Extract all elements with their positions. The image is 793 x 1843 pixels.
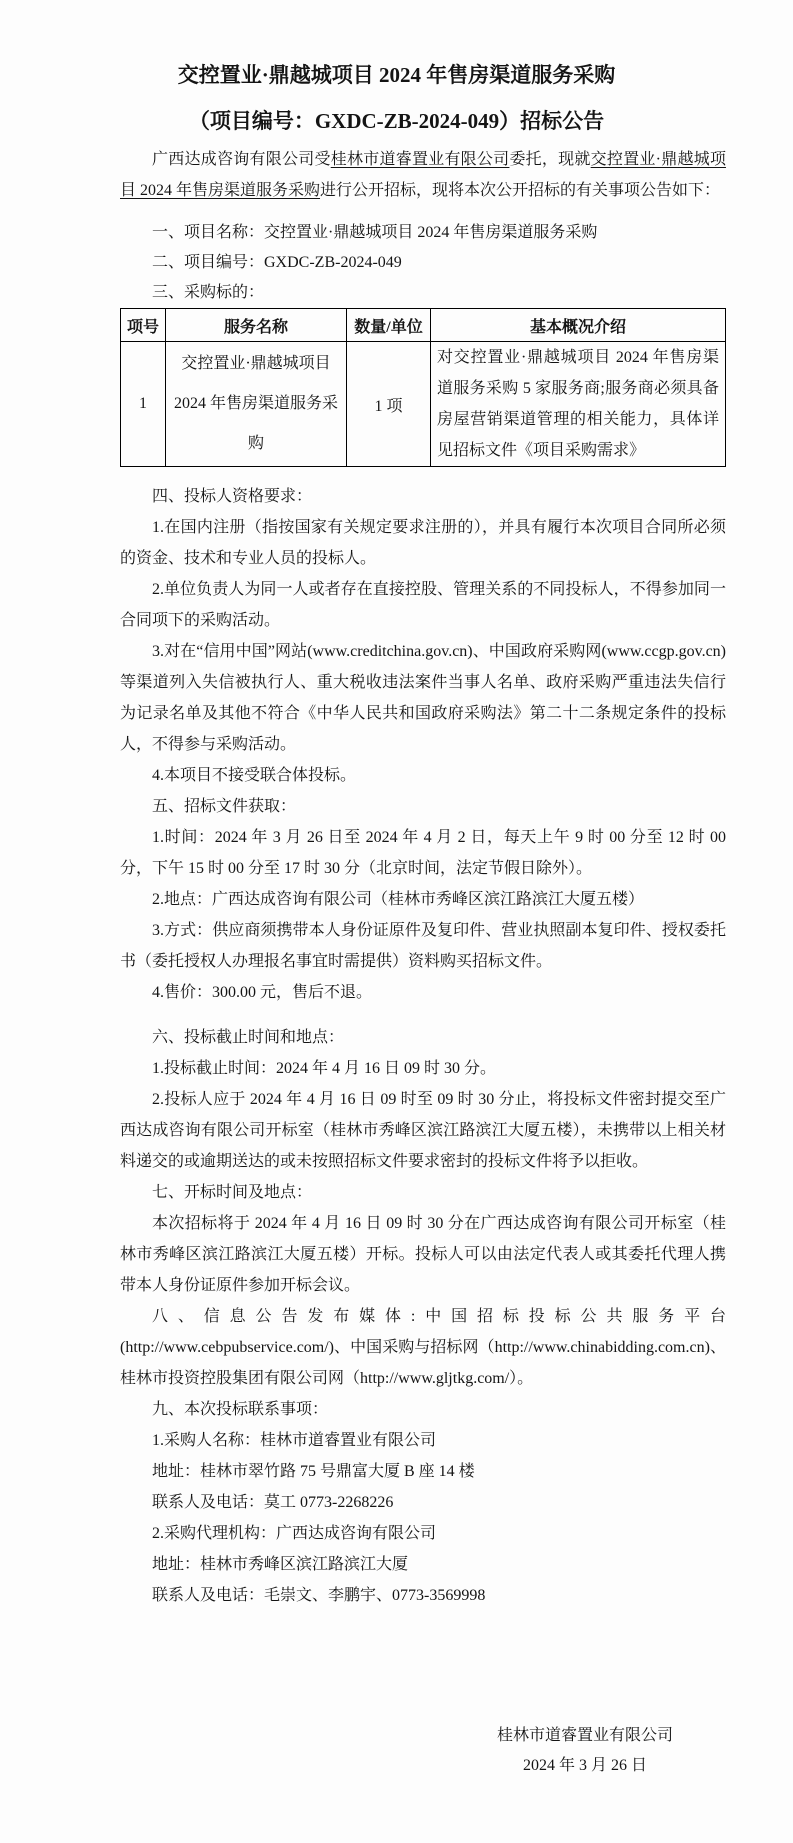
purchaser-name: 1.采购人名称：桂林市道睿置业有限公司	[120, 1425, 726, 1456]
section5-item-time: 1.时间：2024 年 3 月 26 日至 2024 年 4 月 2 日，每天上…	[120, 822, 726, 884]
purchaser-contact: 联系人及电话：莫工 0773-2268226	[120, 1487, 726, 1518]
tender-announcement-document: 交控置业·鼎越城项目 2024 年售房渠道服务采购 （项目编号：GXDC-ZB-…	[0, 0, 793, 1843]
section4-item-3: 3.对在“信用中国”网站(www.creditchina.gov.cn)、中国政…	[120, 636, 726, 760]
intro-part-3: 进行公开招标，现将本次公开招标的有关事项公告如下：	[320, 182, 720, 199]
section5-item-method: 3.方式：供应商须携带本人身份证原件及复印件、营业执照副本复印件、授权委托书（委…	[120, 915, 726, 977]
signature-block: 桂林市道睿置业有限公司 2024 年 3 月 26 日	[420, 1721, 750, 1781]
table-header-row: 项号 服务名称 数量/单位 基本概况介绍	[121, 309, 726, 342]
document-title: 交控置业·鼎越城项目 2024 年售房渠道服务采购 （项目编号：GXDC-ZB-…	[0, 52, 793, 144]
section-bidder-qualifications: 四、投标人资格要求： 1.在国内注册（指按国家有关规定要求注册的），并具有履行本…	[120, 481, 726, 791]
section8-paragraph: 八、信息公告发布媒体:中国招标投标公共服务平台(http://www.cebpu…	[120, 1301, 726, 1394]
section4-heading: 四、投标人资格要求：	[120, 481, 726, 512]
intro-underlined-client: 桂林市道睿置业有限公司	[331, 151, 510, 168]
cell-item-no: 1	[121, 342, 166, 467]
agency-contact: 联系人及电话：毛崇文、李鹏宇、0773-3569998	[120, 1580, 726, 1611]
section7-heading: 七、开标时间及地点：	[120, 1177, 726, 1208]
section6-item-submission: 2.投标人应于 2024 年 4 月 16 日 09 时至 09 时 30 分止…	[120, 1084, 726, 1177]
table-header-overview: 基本概况介绍	[431, 309, 726, 342]
intro-part-2: 委托，现就	[509, 151, 590, 168]
item-project-name: 一、项目名称：交控置业·鼎越城项目 2024 年售房渠道服务采购	[120, 218, 726, 248]
section-document-acquisition: 五、招标文件获取： 1.时间：2024 年 3 月 26 日至 2024 年 4…	[120, 791, 726, 1008]
numbered-items: 一、项目名称：交控置业·鼎越城项目 2024 年售房渠道服务采购 二、项目编号：…	[120, 218, 726, 308]
cell-overview: 对交控置业·鼎越城项目 2024 年售房渠道服务采购 5 家服务商;服务商必须具…	[431, 342, 726, 467]
section4-item-1: 1.在国内注册（指按国家有关规定要求注册的），并具有履行本次项目合同所必须的资金…	[120, 512, 726, 574]
intro-paragraph: 广西达成咨询有限公司受桂林市道睿置业有限公司委托，现就交控置业·鼎越城项目 20…	[120, 144, 726, 206]
cell-quantity: 1 项	[347, 342, 431, 467]
section-contact-info: 九、本次投标联系事项： 1.采购人名称：桂林市道睿置业有限公司 地址：桂林市翠竹…	[120, 1394, 726, 1611]
table-row: 1 交控置业·鼎越城项目 2024 年售房渠道服务采购 1 项 对交控置业·鼎越…	[121, 342, 726, 467]
title-line-1: 交控置业·鼎越城项目 2024 年售房渠道服务采购	[0, 52, 793, 98]
section9-heading: 九、本次投标联系事项：	[120, 1394, 726, 1425]
section4-item-4: 4.本项目不接受联合体投标。	[120, 760, 726, 791]
signature-date: 2024 年 3 月 26 日	[420, 1751, 750, 1781]
agency-address: 地址：桂林市秀峰区滨江路滨江大厦	[120, 1549, 726, 1580]
intro-part-1: 广西达成咨询有限公司受	[152, 151, 331, 168]
procurement-table: 项号 服务名称 数量/单位 基本概况介绍 1 交控置业·鼎越城项目 2024 年…	[120, 308, 726, 467]
table-header-service-name: 服务名称	[166, 309, 347, 342]
purchaser-address: 地址：桂林市翠竹路 75 号鼎富大厦 B 座 14 楼	[120, 1456, 726, 1487]
section6-heading: 六、投标截止时间和地点：	[120, 1022, 726, 1053]
section5-heading: 五、招标文件获取：	[120, 791, 726, 822]
section-bid-deadline: 六、投标截止时间和地点： 1.投标截止时间：2024 年 4 月 16 日 09…	[120, 1022, 726, 1177]
title-line-2: （项目编号：GXDC-ZB-2024-049）招标公告	[0, 98, 793, 144]
section7-paragraph: 本次招标将于 2024 年 4 月 16 日 09 时 30 分在广西达成咨询有…	[120, 1208, 726, 1301]
section4-item-2: 2.单位负责人为同一人或者存在直接控股、管理关系的不同投标人，不得参加同一合同项…	[120, 574, 726, 636]
section-announcement-media: 八、信息公告发布媒体:中国招标投标公共服务平台(http://www.cebpu…	[120, 1301, 726, 1394]
section5-item-price: 4.售价：300.00 元，售后不退。	[120, 977, 726, 1008]
cell-service-name: 交控置业·鼎越城项目 2024 年售房渠道服务采购	[166, 342, 347, 467]
agency-name: 2.采购代理机构：广西达成咨询有限公司	[120, 1518, 726, 1549]
signature-company: 桂林市道睿置业有限公司	[420, 1721, 750, 1751]
section5-item-location: 2.地点：广西达成咨询有限公司（桂林市秀峰区滨江路滨江大厦五楼）	[120, 884, 726, 915]
item-project-number: 二、项目编号：GXDC-ZB-2024-049	[120, 248, 726, 278]
item-procurement-subject: 三、采购标的：	[120, 278, 726, 308]
section6-item-deadline: 1.投标截止时间：2024 年 4 月 16 日 09 时 30 分。	[120, 1053, 726, 1084]
table-header-item-no: 项号	[121, 309, 166, 342]
table-header-quantity-unit: 数量/单位	[347, 309, 431, 342]
section-bid-opening: 七、开标时间及地点： 本次招标将于 2024 年 4 月 16 日 09 时 3…	[120, 1177, 726, 1301]
